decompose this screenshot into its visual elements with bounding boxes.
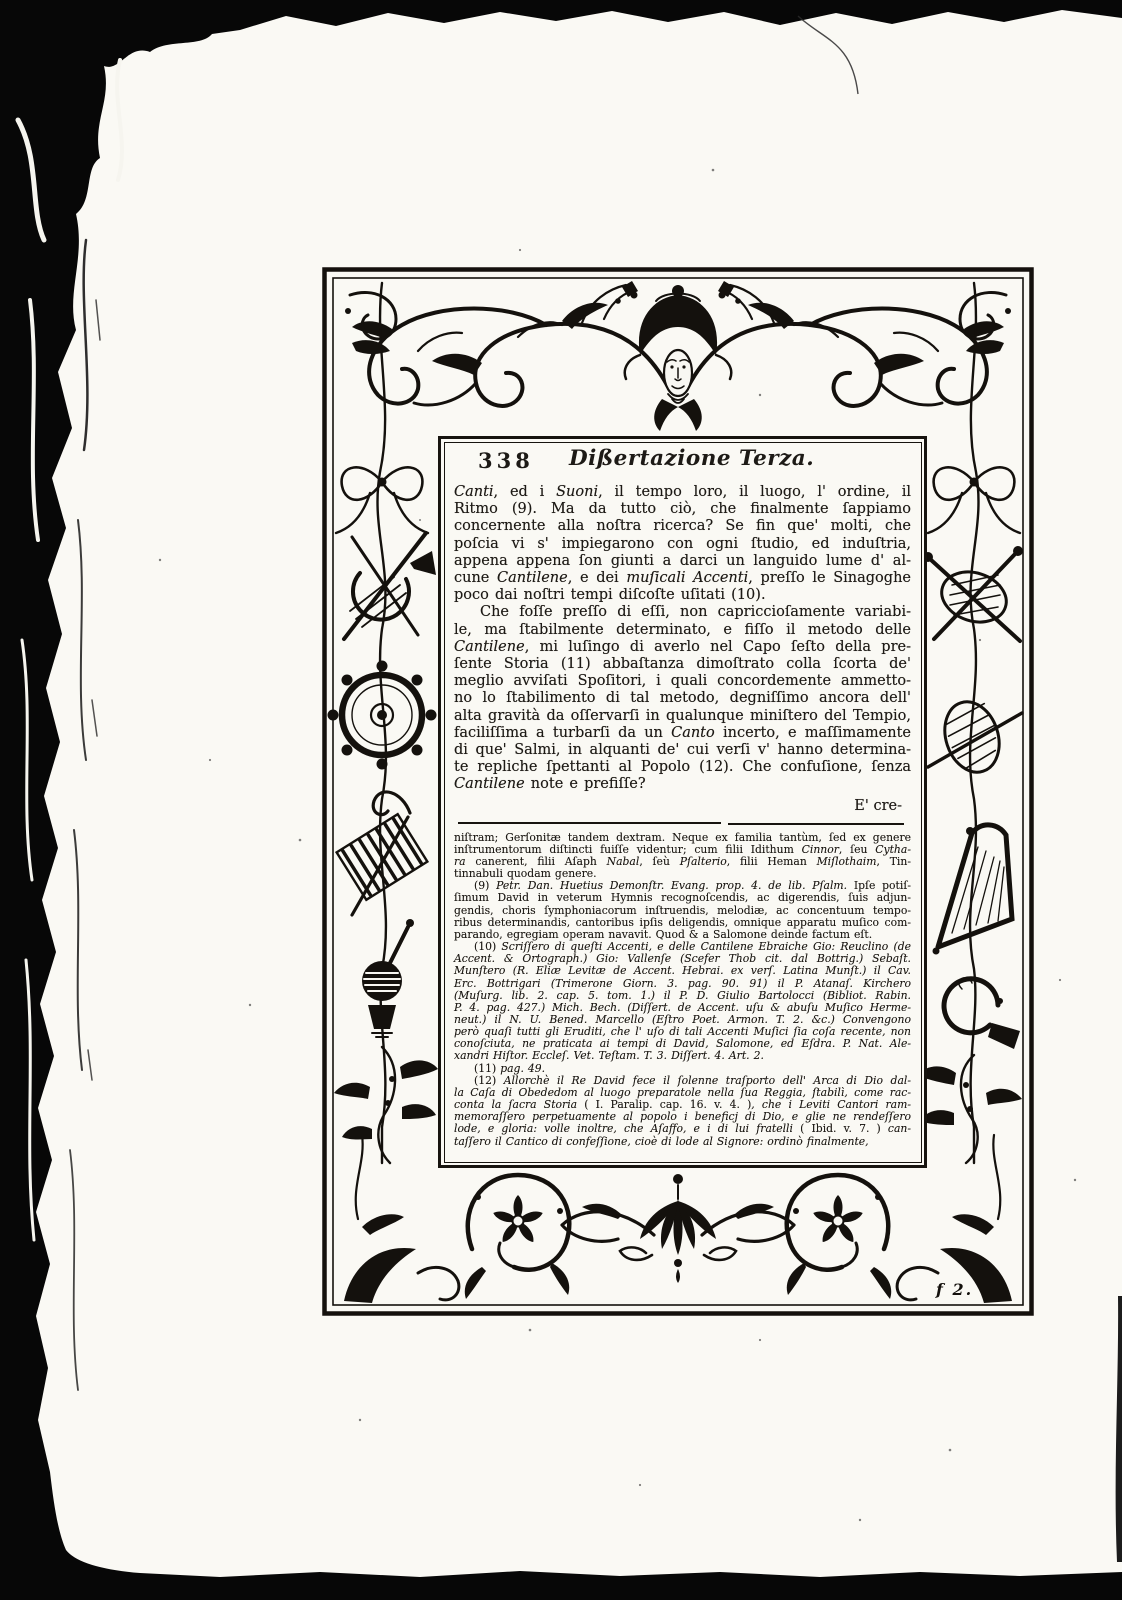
text-page: 338 Dißertazione Terza. Canti, ed i Suon… bbox=[438, 436, 927, 1168]
rule-segment-left bbox=[458, 822, 721, 824]
tailpiece-palmette bbox=[620, 1174, 736, 1283]
text-line: concernente alla noſtra ricerca? Se fin … bbox=[454, 518, 911, 535]
text-line: no lo ſtabilimento di tal metodo, degniſ… bbox=[454, 690, 911, 707]
text-line: alta gravità da oſſervarſi in qualunque … bbox=[454, 708, 911, 725]
text-line: poco dai noſtri tempi diſcoſte uſitati (… bbox=[454, 587, 911, 604]
text-line: cune Cantilene, e dei muſicali Accenti, … bbox=[454, 570, 911, 587]
paragraph: Canti, ed i Suoni, il tempo loro, il luo… bbox=[454, 484, 911, 604]
rule-segment-right bbox=[728, 823, 905, 825]
text-line: taſſero il Cantico di confeſſione, cioè … bbox=[454, 1136, 911, 1148]
page-header: 338 Dißertazione Terza. bbox=[454, 445, 911, 479]
footnote: (9) Petr. Dan. Huetius Demonſtr. Evang. … bbox=[454, 880, 911, 941]
signature-mark: f 2. bbox=[936, 1280, 973, 1299]
running-title: Dißertazione Terza. bbox=[569, 446, 814, 471]
text-line: meglio avviſati Spoſitori, i quali conco… bbox=[454, 673, 911, 690]
text-line: Ritmo (9). Ma da tutto ciò, che finalmen… bbox=[454, 501, 911, 518]
left-instrument-trophy bbox=[328, 283, 439, 1163]
paragraph: Che foſſe preſſo di eſſi, non capriccioſ… bbox=[454, 604, 911, 793]
catchword: E' cre- bbox=[454, 798, 911, 814]
text-line: di que' Salmi, in alquanti de' cui verſi… bbox=[454, 742, 911, 759]
text-line: ſente Storia (11) abbaſtanza dimoſtrato … bbox=[454, 656, 911, 673]
text-line: Che foſſe preſſo di eſſi, non capriccioſ… bbox=[454, 604, 911, 621]
text-line: le, ma ſtabilmente determinato, e fiſſo … bbox=[454, 622, 911, 639]
text-line: te repliche ſpettanti al Popolo (12). Ch… bbox=[454, 759, 911, 776]
text-line: appena appena ſon giunti a darci un lang… bbox=[454, 553, 911, 570]
text-line: poſcia vi s' impiegarono con ogni ſtudio… bbox=[454, 536, 911, 553]
right-instrument-trophy bbox=[918, 283, 1023, 1163]
footnotes: niſtram; Gerſonitæ tandem dextram. Neque… bbox=[454, 832, 911, 1148]
text-page-inner: 338 Dißertazione Terza. Canti, ed i Suon… bbox=[454, 445, 911, 1161]
footnote: (12) Allorchè il Re David fece il ſolenn… bbox=[454, 1075, 911, 1148]
footnote: niſtram; Gerſonitæ tandem dextram. Neque… bbox=[454, 832, 911, 881]
page-number: 338 bbox=[478, 448, 534, 473]
mask-face-ornament bbox=[625, 285, 731, 431]
footnote-separator-rule bbox=[456, 822, 909, 827]
text-line: faciliſſima a turbarſi da un Canto incer… bbox=[454, 725, 911, 742]
text-line: Cantilene note e prefiſſe? bbox=[454, 776, 911, 793]
text-line: Canti, ed i Suoni, il tempo loro, il luo… bbox=[454, 484, 911, 501]
footnote: (10) Scriſſero di queſti Accenti, e dell… bbox=[454, 941, 911, 1063]
body-text: Canti, ed i Suoni, il tempo loro, il luo… bbox=[454, 484, 911, 794]
scanned-book-page: { "document": { "page_number": "338", "r… bbox=[0, 0, 1122, 1600]
text-line: Cantilene, mi luſingo di averlo nel Capo… bbox=[454, 639, 911, 656]
headpiece-scrolls bbox=[345, 281, 668, 406]
